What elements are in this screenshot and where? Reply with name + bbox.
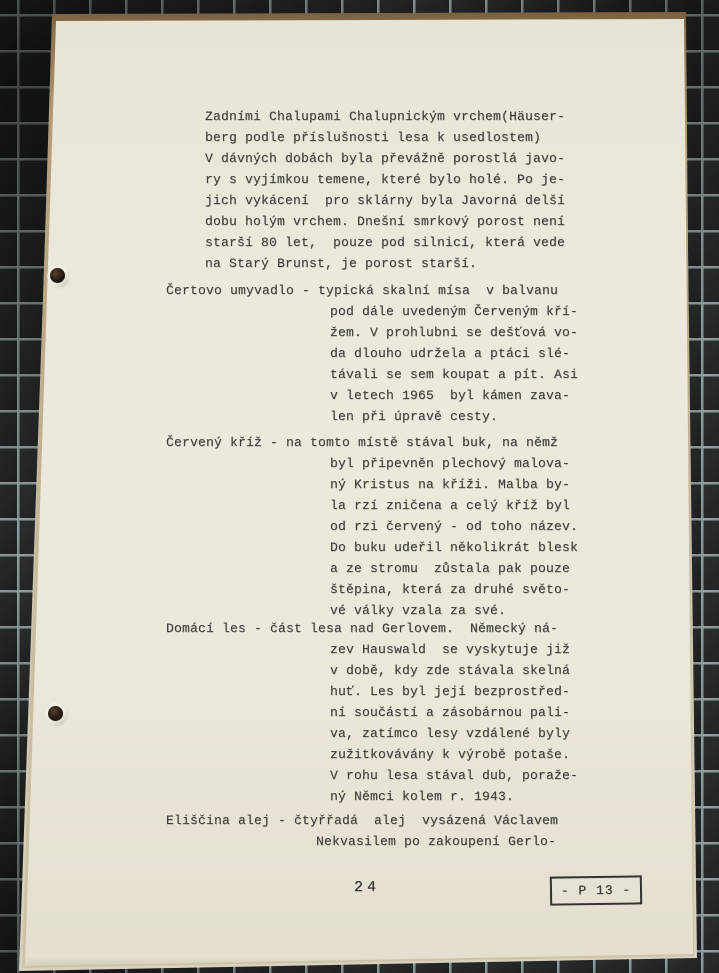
paragraph-domaci-les: Domácí les - část lesa nad Gerlovem. Něm…	[166, 618, 578, 807]
text-line: od rzi červený - od toho název.	[166, 516, 578, 537]
text-line: jich vykácení pro sklárny byla Javorná d…	[205, 190, 565, 211]
text-line: da dlouho udržela a ptáci slé-	[166, 343, 578, 364]
page-number: 24	[354, 879, 380, 896]
text-line: Zadními Chalupami Chalupnickým vrchem(Hä…	[205, 106, 565, 127]
text-line: v době, kdy zde stávala skelná	[166, 660, 578, 681]
text-line: zev Hauswald se vyskytuje již	[166, 639, 578, 660]
text-line: na Starý Brunst, je porost starší.	[205, 253, 565, 274]
text-line: va, zatímco lesy vzdálené byly	[166, 723, 578, 744]
text-line: ry s vyjímkou temene, které bylo holé. P…	[205, 169, 565, 190]
text-line: žem. V prohlubni se dešťová vo-	[166, 322, 578, 343]
text-line: Eliščina alej - čtyřřadá alej vysázená V…	[166, 810, 558, 831]
text-line: ní součástí a zásobárnou pali-	[166, 702, 578, 723]
punch-hole-top	[50, 268, 65, 283]
text-line: Nekvasilem po zakoupení Gerlo-	[166, 831, 558, 852]
text-line: Do buku udeřil několikrát blesk	[166, 537, 578, 558]
text-line: V dávných dobách byla převážně porostlá …	[205, 148, 565, 169]
text-line: ný Kristus na kříži. Malba by-	[166, 474, 578, 495]
text-line: a ze stromu zůstala pak pouze	[166, 558, 578, 579]
text-line: huť. Les byl její bezprostřed-	[166, 681, 578, 702]
paragraph-eliscina-alej: Eliščina alej - čtyřřadá alej vysázená V…	[166, 810, 558, 852]
text-line: dobu holým vrchem. Dnešní smrkový porost…	[205, 211, 565, 232]
stamp-label: - P 13 -	[561, 883, 632, 899]
punch-hole-bottom	[48, 706, 63, 721]
paragraph-intro: Zadními Chalupami Chalupnickým vrchem(Hä…	[205, 106, 565, 274]
text-line: pod dále uvedeným Červeným kří-	[166, 301, 578, 322]
page-content: Zadními Chalupami Chalupnickým vrchem(Hä…	[0, 0, 719, 973]
paragraph-cerveny-kriz: Červený kříž - na tomto místě stával buk…	[166, 432, 578, 621]
text-line: berg podle příslušnosti lesa k usedloste…	[205, 127, 565, 148]
text-line: byl připevněn plechový malova-	[166, 453, 578, 474]
text-line: Červený kříž - na tomto místě stával buk…	[166, 432, 578, 453]
text-line: zužitkovávány k výrobě potaše.	[166, 744, 578, 765]
text-line: la rzí zničena a celý kříž byl	[166, 495, 578, 516]
text-line: v letech 1965 byl kámen zava-	[166, 385, 578, 406]
text-line: len při úpravě cesty.	[166, 406, 578, 427]
text-line: štěpina, která za druhé světo-	[166, 579, 578, 600]
text-line: Domácí les - část lesa nad Gerlovem. Něm…	[166, 618, 578, 639]
text-line: V rohu lesa stával dub, poraže-	[166, 765, 578, 786]
paragraph-certovo-umyvadlo: Čertovo umyvadlo - typická skalní mísa v…	[166, 280, 578, 427]
text-line: távali se sem koupat a pít. Asi	[166, 364, 578, 385]
text-line: ný Němci kolem r. 1943.	[166, 786, 578, 807]
stamp-box: - P 13 -	[550, 875, 642, 905]
text-line: Čertovo umyvadlo - typická skalní mísa v…	[166, 280, 578, 301]
text-line: starší 80 let, pouze pod silnicí, která …	[205, 232, 565, 253]
